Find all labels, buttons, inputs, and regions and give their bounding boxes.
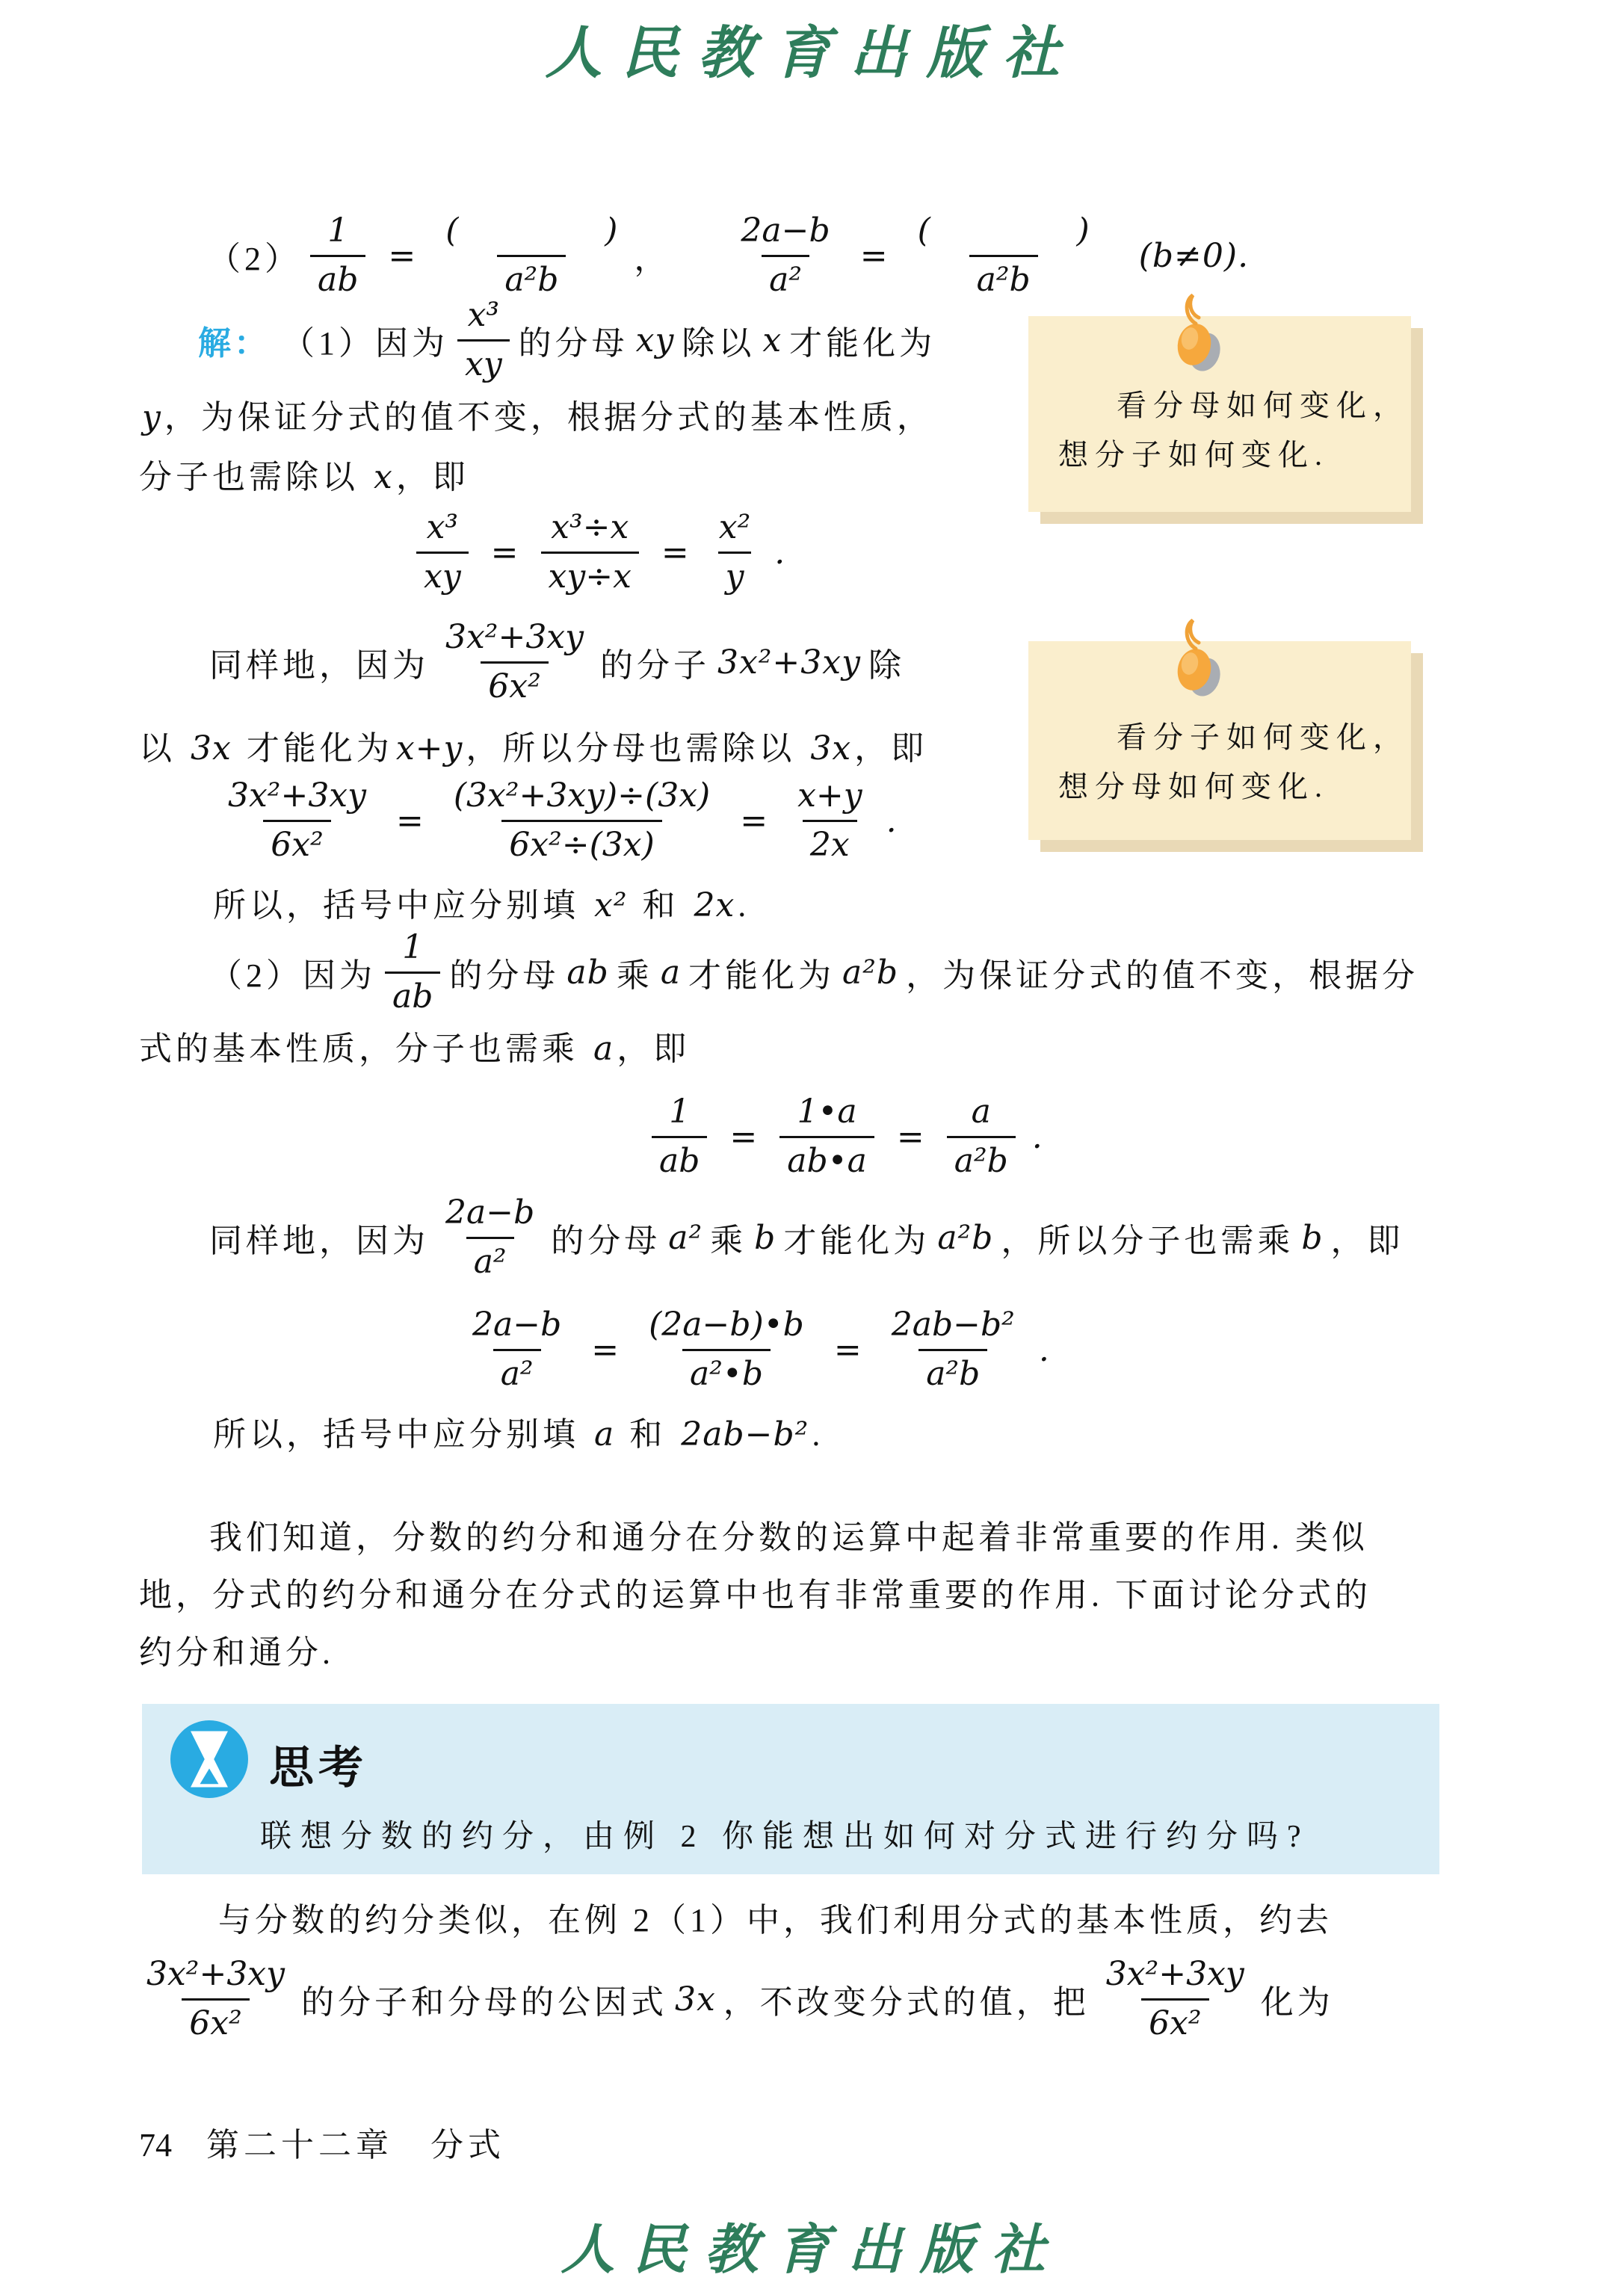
fraction-numerator: ( ) xyxy=(910,212,1097,255)
equation-line-3: 1ab = 1•aab•a = aa²b . xyxy=(643,1093,1051,1180)
math-fraction: 2a−ba² xyxy=(465,1306,569,1393)
math-run: 2x xyxy=(694,886,735,924)
sticky-note-denominator: 看分母如何变化， 想分子如何变化. xyxy=(1028,316,1411,512)
equals-sign: = xyxy=(396,802,424,840)
text-run: ，所以分母也需除以 xyxy=(466,730,807,767)
pin-icon xyxy=(1161,289,1232,385)
solution-line-2: y，为保证分式的值不变，根据分式的基本性质， xyxy=(139,395,933,441)
fraction-denominator: a² xyxy=(762,255,809,300)
fraction-denominator: a² xyxy=(466,1237,514,1282)
text-run: 以 xyxy=(139,730,188,767)
math-fraction: (2a−b)•ba²•b xyxy=(641,1306,812,1393)
math-fraction: 1ab xyxy=(310,212,365,299)
note-line: 想分子如何变化. xyxy=(1028,430,1411,480)
text-run: ，所以分子也需乘 xyxy=(1001,1214,1294,1261)
text-run: ，为保证分式的值不变，根据分 xyxy=(906,948,1418,996)
math-run: . xyxy=(774,534,785,572)
text-run: 才能化为 xyxy=(789,316,936,364)
math-run: . xyxy=(1039,1331,1050,1369)
note-line: 想分母如何变化. xyxy=(1028,762,1411,812)
fraction-denominator: a²•b xyxy=(682,1349,771,1394)
math-fraction: 3x²+3xy6x² xyxy=(438,619,591,705)
equation-line-4: 2a−ba² = (2a−b)•ba²•b = 2ab−b²a²b . xyxy=(456,1306,1058,1393)
math-run: a xyxy=(661,954,681,992)
conclusion-line-1: 所以，括号中应分别填 x² 和 2x. xyxy=(213,883,750,929)
text-run: 同样地，因为 xyxy=(209,1214,429,1261)
math-run: (b≠0). xyxy=(1139,237,1249,275)
closing-line-2: 3x²+3xy6x² 的分子和分母的公因式 3x ，不改变分式的值，把 3x²+… xyxy=(139,1956,1334,2042)
text-run: ，为保证分式的值不变，根据分式的基本性质， xyxy=(164,399,933,436)
text-run: 的分母 xyxy=(449,948,559,996)
fraction-denominator: xy xyxy=(457,339,510,384)
fraction-denominator: 6x² xyxy=(263,820,330,865)
fraction-denominator: 2x xyxy=(803,820,857,865)
text-run: 式的基本性质，分子也需乘 xyxy=(139,1031,590,1067)
math-fraction: 1ab xyxy=(652,1093,707,1180)
text-run: 乘 xyxy=(710,1214,747,1261)
fraction-denominator: xy÷x xyxy=(541,552,639,596)
text-run: 同样地，因为 xyxy=(209,638,429,686)
text-run: （2）因为 xyxy=(209,948,376,996)
discussion-line-1: 我们知道，分数的约分和通分在分数的运算中起着非常重要的作用. 类似 xyxy=(209,1515,1368,1561)
think-box: 思考 联想分数的约分，由例 2 你能想出如何对分式进行约分吗? xyxy=(142,1704,1439,1874)
equals-sign: = xyxy=(897,1118,924,1156)
discussion-line-3: 约分和通分. xyxy=(139,1630,334,1676)
fraction-numerator: (2a−b)•b xyxy=(641,1306,812,1349)
fraction-numerator: x³ xyxy=(419,509,466,552)
solution-line-4: 同样地，因为 3x²+3xy6x² 的分子 3x²+3xy 除 xyxy=(209,619,905,705)
math-fraction: aa²b xyxy=(947,1093,1016,1180)
math-run: x xyxy=(762,321,782,359)
equals-sign: = xyxy=(834,1331,862,1369)
text-run: ，即 xyxy=(1331,1214,1404,1261)
math-run: a²b xyxy=(842,954,898,992)
solution-line-1: 解： （1）因为 x³xy 的分母 xy 除以 x 才能化为 xyxy=(198,297,936,383)
fraction-numerator: a xyxy=(964,1093,998,1136)
equation-line-1: x³xy = x³÷xxy÷x = x²y . xyxy=(407,509,793,596)
text-run: 的分子 xyxy=(600,638,710,686)
page-footer: 74第二十二章 分式 xyxy=(139,2118,505,2166)
fraction-numerator: 2a−b xyxy=(438,1194,542,1237)
fraction-numerator: x³ xyxy=(460,297,507,339)
math-fraction: 3x²+3xy6x² xyxy=(220,777,374,864)
fraction-denominator: 6x² xyxy=(1141,1998,1208,2043)
fraction-numerator: 1•a xyxy=(789,1093,864,1136)
math-fraction: x+y2x xyxy=(790,777,870,864)
text-run: . xyxy=(812,1416,824,1453)
problem-line: （2） 1ab = ( )a²b ， 2a−ba² = ( )a²b (b≠0)… xyxy=(208,212,1256,299)
math-fraction: x³xy xyxy=(416,509,469,596)
math-fraction: ( )a²b xyxy=(910,212,1097,299)
fraction-denominator: ab•a xyxy=(779,1136,874,1181)
equals-sign: = xyxy=(491,534,519,572)
text-run: 化为 xyxy=(1261,1975,1334,2023)
equation-line-2: 3x²+3xy6x² = (3x²+3xy)÷(3x)6x²÷(3x) = x+… xyxy=(212,777,905,864)
discussion-line-2: 地，分式的约分和通分在分式的运算中也有非常重要的作用. 下面讨论分式的 xyxy=(139,1572,1371,1619)
text-run: 所以，括号中应分别填 xyxy=(213,1416,591,1453)
text-run: ，不改变分式的值，把 xyxy=(723,1975,1090,2023)
text-run: ，即 xyxy=(617,1031,690,1067)
equals-sign: = xyxy=(729,1118,757,1156)
publisher-logo-top: 人民教育出版社 xyxy=(0,7,1624,89)
fraction-denominator: a² xyxy=(493,1349,541,1394)
math-fraction: 1•aab•a xyxy=(779,1093,874,1180)
equals-sign: = xyxy=(591,1331,619,1369)
math-run: a²b xyxy=(937,1219,993,1257)
fraction-numerator: (3x²+3xy)÷(3x) xyxy=(446,777,717,820)
text-run: 的分母 xyxy=(551,1214,661,1261)
math-run: . xyxy=(886,802,898,840)
fraction-numerator: 1 xyxy=(661,1093,697,1136)
fraction-numerator: x³÷x xyxy=(543,509,636,552)
solution-label: 解： xyxy=(198,316,270,364)
fraction-numerator: 2ab−b² xyxy=(884,1306,1022,1349)
solution-line-8: 同样地，因为 2a−ba² 的分母 a² 乘 b 才能化为 a²b ，所以分子也… xyxy=(209,1194,1404,1281)
textbook-page: 人民教育出版社 （2） 1ab = ( )a²b ， 2a−ba² = ( )a… xyxy=(0,0,1624,2295)
text-run: 分子也需除以 xyxy=(139,459,371,495)
problem-label: （2） xyxy=(208,232,301,279)
fraction-denominator: 6x² xyxy=(481,661,548,706)
math-run: 3x xyxy=(191,729,232,767)
fraction-numerator: 3x²+3xy xyxy=(438,619,591,661)
math-run: a xyxy=(594,1415,614,1454)
fraction-denominator: ab xyxy=(652,1136,707,1181)
text-run: 的分母 xyxy=(519,316,629,364)
math-fraction: 1ab xyxy=(385,929,440,1016)
fraction-denominator: a²b xyxy=(947,1136,1016,1181)
chapter-title: 第二十二章 分式 xyxy=(206,2127,505,2163)
text-run: 除 xyxy=(868,638,905,686)
text-run: 才能化为 xyxy=(783,1214,930,1261)
equals-sign: = xyxy=(860,237,888,275)
math-run: ab xyxy=(566,954,608,992)
math-run: a xyxy=(593,1030,614,1068)
fraction-denominator: a²b xyxy=(497,255,566,300)
math-run: a² xyxy=(668,1219,703,1257)
text-run: 除以 xyxy=(682,316,755,364)
math-fraction: (3x²+3xy)÷(3x)6x²÷(3x) xyxy=(446,777,717,864)
fraction-numerator: 2a−b xyxy=(465,1306,569,1349)
math-run: 2ab−b² xyxy=(681,1415,809,1454)
fraction-numerator: 2a−b xyxy=(733,212,837,255)
math-fraction: x³÷xxy÷x xyxy=(541,509,639,596)
math-fraction: 3x²+3xy6x² xyxy=(1099,1956,1252,2042)
fraction-numerator: x+y xyxy=(790,777,870,820)
solution-line-3: 分子也需除以 x，即 xyxy=(139,454,469,501)
fraction-denominator: ab xyxy=(385,972,440,1016)
fraction-denominator: 6x²÷(3x) xyxy=(501,820,661,865)
conclusion-line-2: 所以，括号中应分别填 a 和 2ab−b². xyxy=(213,1412,824,1458)
math-fraction: 3x²+3xy6x² xyxy=(139,1956,292,2042)
math-run: x² xyxy=(594,886,627,924)
text-run: 和 xyxy=(630,887,691,924)
fraction-numerator: 3x²+3xy xyxy=(1099,1956,1252,1998)
fraction-numerator: 3x²+3xy xyxy=(139,1956,292,1998)
solution-line-5: 以 3x 才能化为x+y，所以分母也需除以 3x，即 xyxy=(139,726,927,772)
math-run: b xyxy=(1301,1219,1323,1257)
think-box-title: 思考 xyxy=(269,1732,368,1797)
text-run: 所以，括号中应分别填 xyxy=(213,887,591,924)
fraction-denominator: 6x² xyxy=(182,1998,249,2043)
math-fraction: 2ab−b²a²b xyxy=(884,1306,1022,1393)
math-fraction: 2a−ba² xyxy=(733,212,837,299)
math-fraction: x²y xyxy=(711,509,758,596)
equals-sign: = xyxy=(661,534,689,572)
pin-icon xyxy=(1161,614,1232,710)
math-fraction: ( )a²b xyxy=(438,212,625,299)
text-run: （1）因为 xyxy=(282,316,448,364)
math-run: xy xyxy=(636,321,675,359)
fraction-numerator: 1 xyxy=(320,212,356,255)
fraction-denominator: y xyxy=(718,552,752,596)
fraction-denominator: a²b xyxy=(918,1349,987,1394)
math-run: b xyxy=(754,1219,776,1257)
publisher-logo-bottom: 人民教育出版社 xyxy=(0,2206,1624,2284)
equals-sign: = xyxy=(740,802,768,840)
fraction-denominator: xy xyxy=(416,552,469,596)
text-run: 才能化为 xyxy=(235,730,393,767)
math-run: . xyxy=(1032,1118,1043,1156)
closing-line-1: 与分数的约分类似，在例 2（1）中，我们利用分式的基本性质，约去 xyxy=(218,1897,1333,1944)
fraction-numerator: 1 xyxy=(395,929,430,972)
solution-line-7: 式的基本性质，分子也需乘 a，即 xyxy=(139,1026,690,1072)
sticky-note-numerator: 看分子如何变化， 想分母如何变化. xyxy=(1028,641,1411,840)
fraction-numerator: ( ) xyxy=(438,212,625,255)
text-run: 才能化为 xyxy=(688,948,835,996)
fraction-numerator: x² xyxy=(711,509,758,552)
text-run: ，即 xyxy=(854,730,927,767)
fraction-numerator: 3x²+3xy xyxy=(220,777,374,820)
text-run: ， xyxy=(634,232,670,279)
page-number: 74 xyxy=(139,2127,172,2163)
solution-line-6: （2）因为 1ab 的分母 ab 乘 a 才能化为 a²b ，为保证分式的值不变… xyxy=(209,929,1418,1016)
equals-sign: = xyxy=(388,237,416,275)
hourglass-icon xyxy=(170,1720,248,1798)
text-run: 和 xyxy=(617,1416,678,1453)
fraction-denominator: a²b xyxy=(969,255,1038,300)
math-run: 3x xyxy=(810,729,851,767)
text-run: 乘 xyxy=(617,948,653,996)
math-run: y xyxy=(142,398,161,436)
math-fraction: 2a−ba² xyxy=(438,1194,542,1281)
math-run: x+y xyxy=(396,729,463,767)
think-box-body: 联想分数的约分，由例 2 你能想出如何对分式进行约分吗? xyxy=(260,1811,1310,1856)
fraction-denominator: ab xyxy=(310,255,365,300)
math-fraction: x³xy xyxy=(457,297,510,383)
text-run: . xyxy=(738,887,750,924)
text-run: 的分子和分母的公因式 xyxy=(301,1975,667,2023)
text-run: ，即 xyxy=(396,459,469,495)
math-run: 3x xyxy=(675,1980,716,2018)
math-run: 3x²+3xy xyxy=(717,643,861,682)
math-run: x xyxy=(374,458,393,496)
